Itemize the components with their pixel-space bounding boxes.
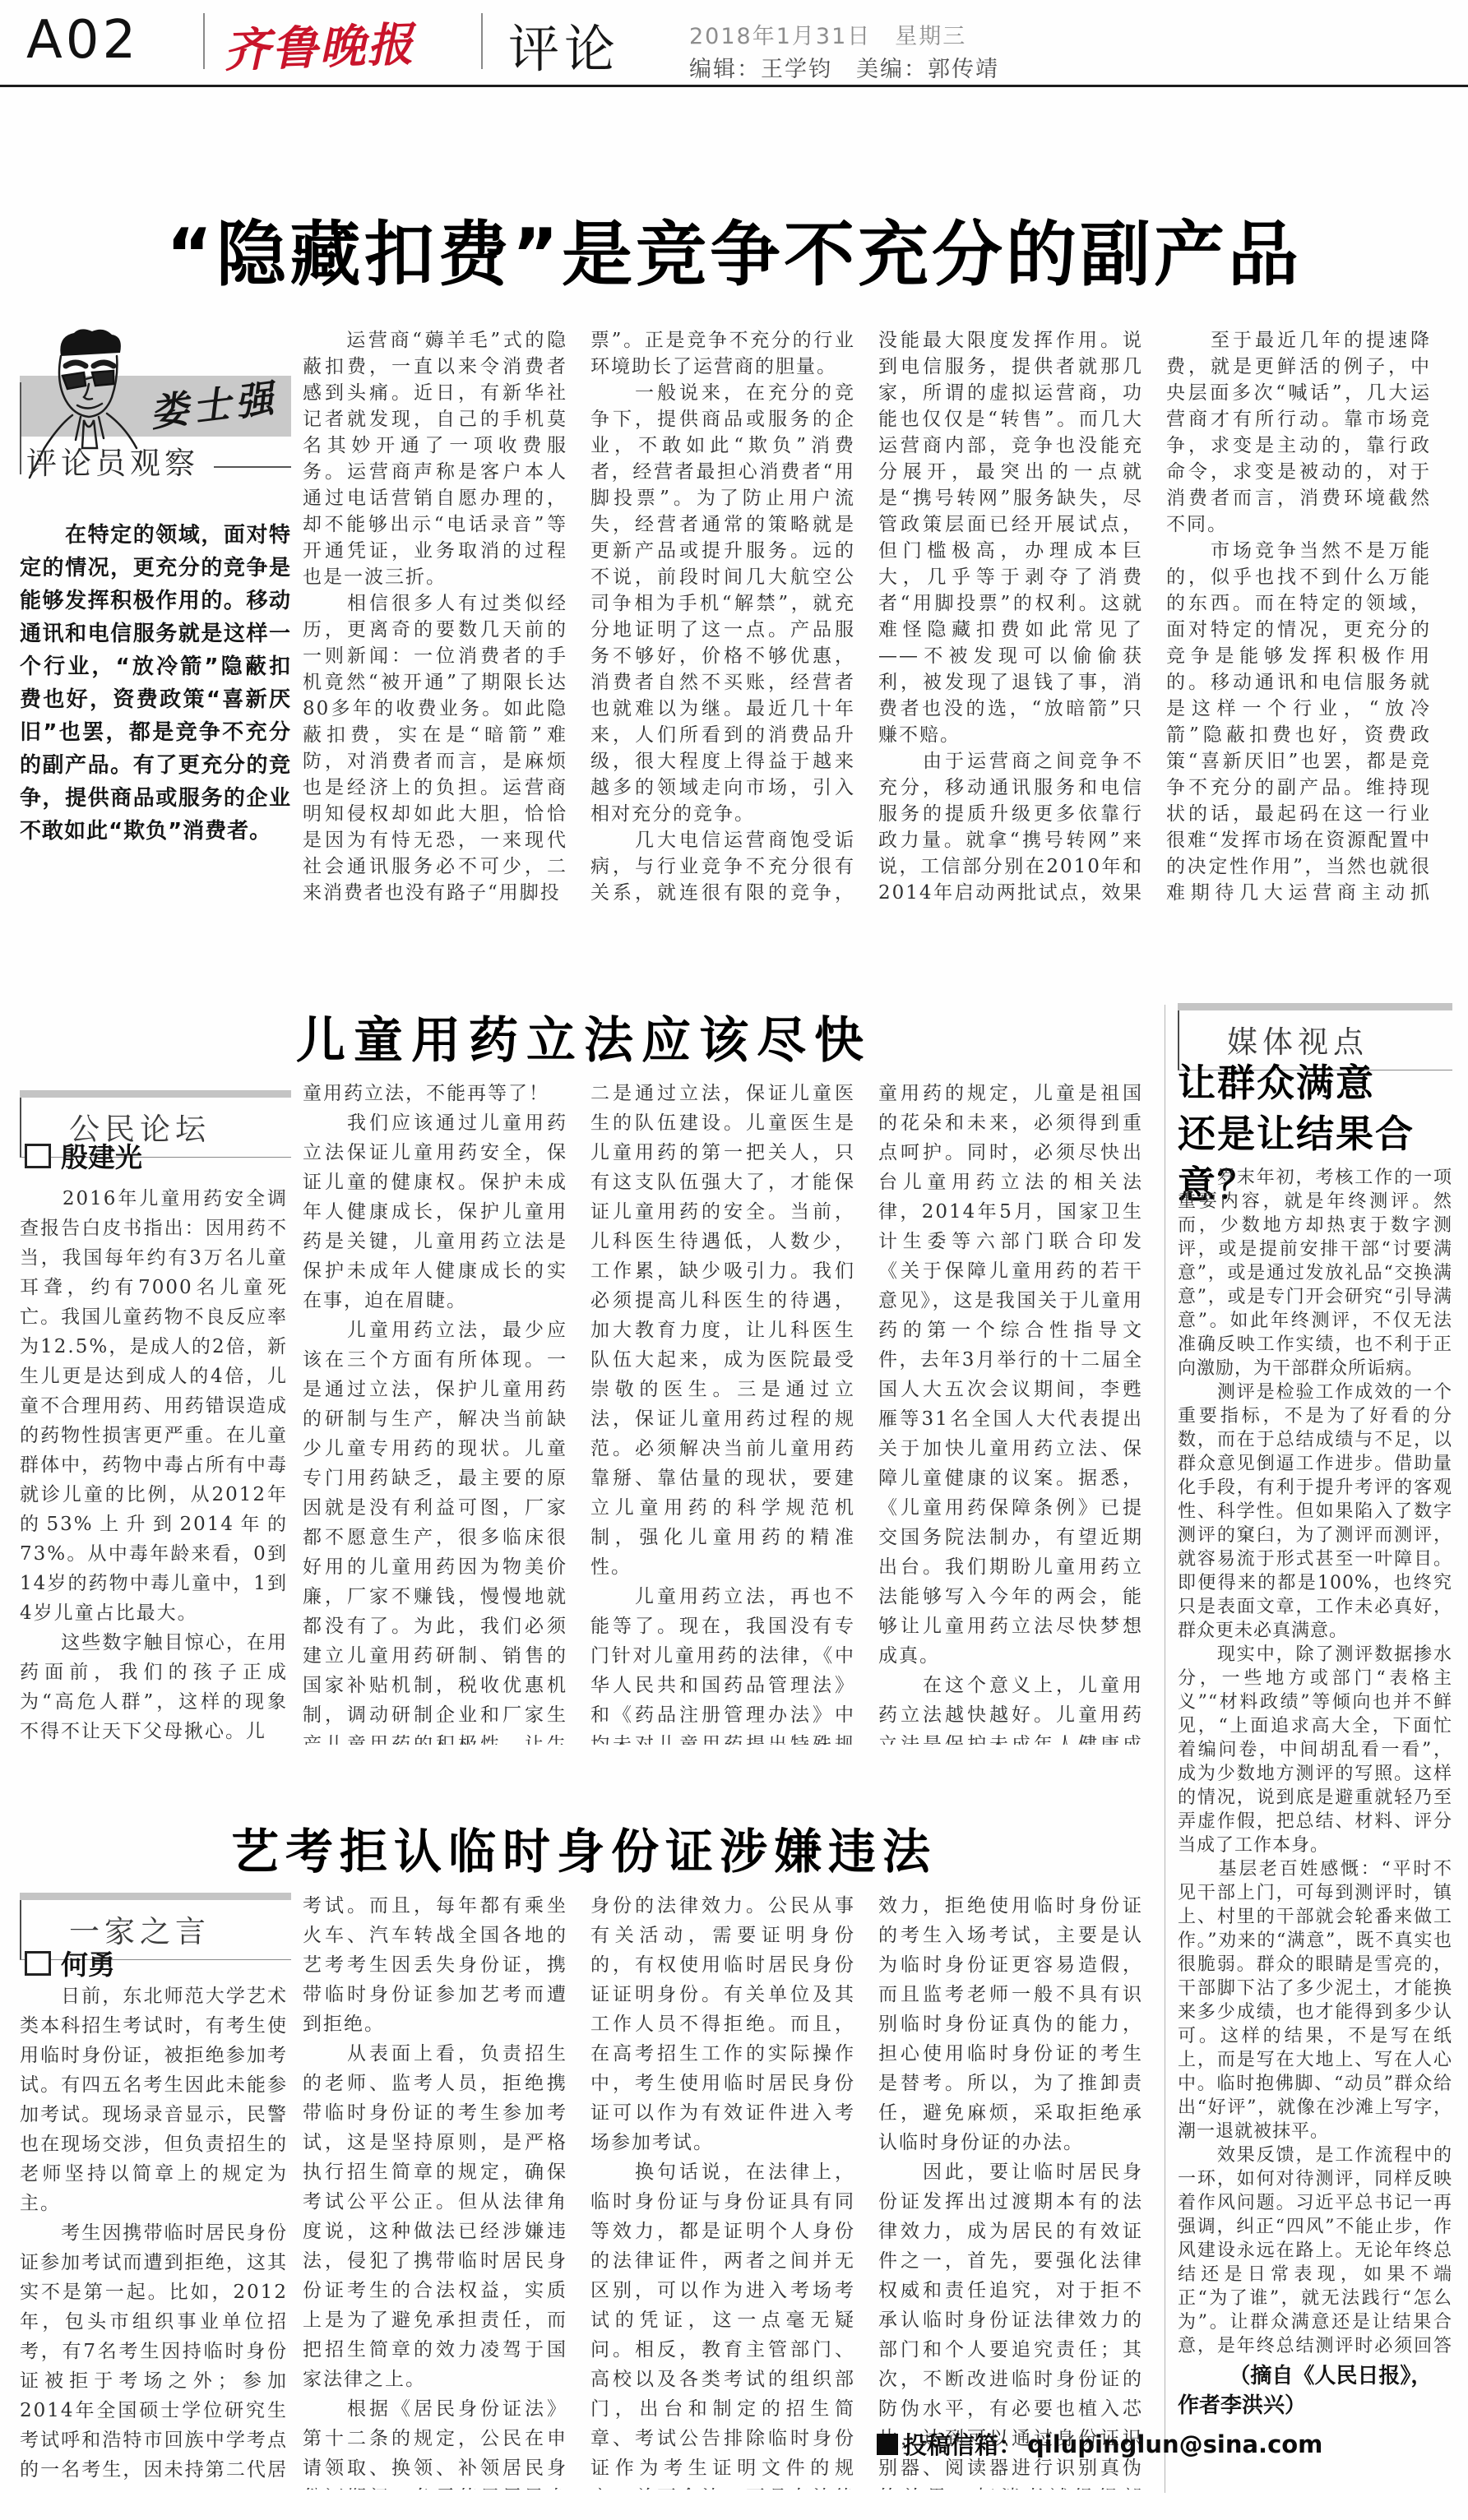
byline-box-icon — [25, 1144, 51, 1168]
submission-footer: 投稿信箱： qilupinglun@sina.com — [877, 2427, 1322, 2461]
submission-email: qilupinglun@sina.com — [1027, 2430, 1322, 2458]
media-view-body: 岁末年初，考核工作的一项重要内容，就是年终测评。然而，少数地方却热衷于数字测评，… — [1178, 1166, 1452, 2360]
observer-bracket-line — [20, 382, 21, 474]
byline-box-icon — [25, 1951, 51, 1976]
submission-label: 投稿信箱： — [903, 2427, 1022, 2461]
editors-line: 编辑：王学钧 美编：郭传靖 — [689, 51, 999, 83]
newspaper-page: A02 齐鲁晚报 评论 2018年1月31日 星期三 编辑：王学钧 美编：郭传靖… — [0, 0, 1468, 2520]
newspaper-logo: 齐鲁晚报 — [223, 8, 416, 81]
article3-column-1: 考试。而且，每年都有乘坐火车、汽车转战全国各地的艺考考生因丢失身份证，携带临时身… — [303, 1891, 567, 2490]
label-gray-bar — [20, 1090, 291, 1098]
observer-label: 评论员观察 — [26, 438, 199, 483]
article2-headline: 儿童用药立法应该尽快 — [8, 1001, 1160, 1072]
media-view-label: 媒体视点 — [1227, 1024, 1368, 1060]
article3-byline: 何勇 — [25, 1944, 115, 1982]
article3-column-2: 身份的法律效力。公民从事有关活动，需要证明身份的，有权使用临时居民身份证证明身份… — [590, 1891, 855, 2490]
article2-column-2: 二是通过立法，保证儿童医生的队伍建设。儿童医生是儿童用药的第一把关人，只有这支队… — [590, 1079, 855, 1745]
header-divider — [481, 13, 483, 69]
header-divider — [203, 13, 205, 69]
article3-column-0: 日前，东北师范大学艺术类本科招生考试时，有考生使用临时身份证，被拒绝参加考试。有… — [20, 1981, 288, 2487]
article1-column-2: 票”。正是竞争不充分的行业环境助长了运营商的胆量。 一般说来，在充分的竞争下，提… — [590, 327, 855, 904]
label-gray-bar — [20, 1893, 291, 1900]
media-view-attribution: （摘自《人民日报》，作者李洪兴） — [1178, 2361, 1452, 2421]
article2-author: 殷建光 — [61, 1136, 142, 1175]
article1-column-3: 没能最大限度发挥作用。说到电信服务，提供者就那几家，所谓的虚拟运营商，功能也仅仅… — [878, 327, 1143, 904]
media-column-rule — [1165, 1005, 1165, 2493]
page-code: A02 — [26, 10, 139, 71]
article1-column-4: 至于最近几年的提速降费，就是更鲜活的例子，中央层面多次“喊话”，几大运营商才有所… — [1166, 327, 1431, 904]
black-square-icon — [877, 2434, 898, 2455]
article3-author: 何勇 — [61, 1944, 115, 1982]
article2-column-3: 童用药的规定，儿童是祖国的花朵和未来，必须得到重点呵护。同时，必须尽快出台儿童用… — [878, 1079, 1143, 1745]
header-rule — [0, 85, 1468, 87]
article3-headline: 艺考拒认临时身份证涉嫌违法 — [8, 1813, 1160, 1882]
observer-label-rule — [214, 466, 291, 468]
article1-column-1: 运营商“薅羊毛”式的隐蔽扣费，一直以来令消费者感到头痛。近日，有新华社记者就发现… — [303, 327, 567, 904]
commentator-observer-box: 娄士强 评论员观察 在特定的领域，面对特定的情况，更充分的竞争是能够发挥积极作用… — [20, 325, 291, 892]
label-gray-bar — [1178, 1003, 1452, 1010]
section-title: 评论 — [508, 8, 620, 81]
article2-column-0: 2016年儿童用药安全调查报告白皮书指出：因用药不当，我国每年约有3万名儿童耳聋… — [20, 1184, 288, 1746]
article1-intro: 在特定的领域，面对特定的情况，更充分的竞争是能够发挥积极作用的。移动通讯和电信服… — [20, 519, 291, 848]
article2-byline: 殷建光 — [25, 1136, 142, 1175]
date-line: 2018年1月31日 星期三 — [689, 18, 966, 50]
article1-headline: “隐藏扣费”是竞争不充分的副产品 — [0, 197, 1468, 299]
article2-column-1: 童用药立法，不能再等了！ 我们应该通过儿童用药立法保证儿童用药安全，保证儿童的健… — [303, 1079, 567, 1745]
article3-column-3: 效力，拒绝使用临时身份证的考生入场考试，主要是认为临时身份证更容易造假，而且监考… — [878, 1891, 1143, 2490]
